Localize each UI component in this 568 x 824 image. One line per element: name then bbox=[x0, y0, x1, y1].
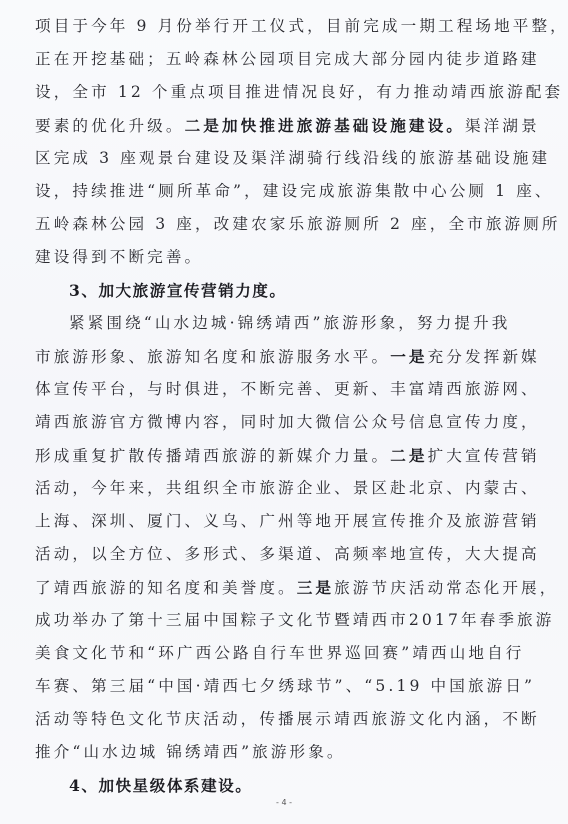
text-plain: 了靖西旅游的知名度和美誉度。 bbox=[35, 579, 297, 597]
text-line: 成功举办了第十三届中国粽子文化节暨靖西市2017年春季旅游 bbox=[35, 604, 513, 637]
text-line: 推介“山水边城 锦绣靖西”旅游形象。 bbox=[35, 736, 513, 769]
page-number: - 4 - bbox=[0, 798, 568, 807]
text-line: 形成重复扩散传播靖西旅游的新媒介力量。二是扩大宣传营销 bbox=[35, 439, 513, 472]
text-line: 活动，以全方位、多形式、多渠道、高频率地宣传，大大提高 bbox=[35, 538, 513, 571]
text-line: 靖西旅游官方微博内容，同时加大微信公众号信息宣传力度， bbox=[35, 406, 513, 439]
text-line: 市旅游形象、旅游知名度和旅游服务水平。一是充分发挥新媒 bbox=[35, 340, 513, 373]
text-line: 项目于今年 9 月份举行开工仪式，目前完成一期工程场地平整， bbox=[35, 10, 513, 43]
text-line: 五岭森林公园 3 座，改建农家乐旅游厕所 2 座，全市旅游厕所 bbox=[35, 208, 513, 241]
text-bold: 二是 bbox=[390, 446, 427, 465]
text-line: 体宣传平台，与时俱进，不断完善、更新、丰富靖西旅游网、 bbox=[35, 373, 513, 406]
text-line: 紧紧围绕“山水边城·锦绣靖西”旅游形象，努力提升我 bbox=[35, 307, 513, 340]
text-plain: 渠洋湖景 bbox=[465, 117, 540, 135]
text-line: 正在开挖基础；五岭森林公园项目完成大部分园内徒步道路建 bbox=[35, 43, 513, 76]
text-line: 区完成 3 座观景台建设及渠洋湖骑行线沿线的旅游基础设施建 bbox=[35, 142, 513, 175]
text-line: 活动等特色文化节庆活动，传播展示靖西旅游文化内涵，不断 bbox=[35, 703, 513, 736]
text-line: 设，全市 12 个重点项目推进情况良好，有力推动靖西旅游配套 bbox=[35, 76, 513, 109]
text-bold: 二是加快推进旅游基础设施建设。 bbox=[185, 116, 465, 135]
text-line: 活动，今年来，共组织全市旅游企业、景区赴北京、内蒙古、 bbox=[35, 472, 513, 505]
document-body: 项目于今年 9 月份举行开工仪式，目前完成一期工程场地平整， 正在开挖基础；五岭… bbox=[35, 10, 513, 802]
text-line: 了靖西旅游的知名度和美誉度。三是旅游节庆活动常态化开展， bbox=[35, 571, 513, 604]
text-plain: 扩大宣传营销 bbox=[428, 447, 540, 465]
text-plain: 充分发挥新媒 bbox=[428, 348, 540, 366]
text-line: 车赛、第三届“中国·靖西七夕绣球节”、“5.19 中国旅游日” bbox=[35, 670, 513, 703]
text-plain: 市旅游形象、旅游知名度和旅游服务水平。 bbox=[35, 348, 390, 366]
section-heading-3: 3、加大旅游宣传营销力度。 bbox=[35, 274, 513, 307]
text-line: 设，持续推进“厕所革命”，建设完成旅游集散中心公厕 1 座、 bbox=[35, 175, 513, 208]
text-plain: 旅游节庆活动常态化开展， bbox=[334, 579, 558, 597]
text-line: 美食文化节和“环广西公路自行车世界巡回赛”靖西山地自行 bbox=[35, 637, 513, 670]
text-line: 要素的优化升级。二是加快推进旅游基础设施建设。渠洋湖景 bbox=[35, 109, 513, 142]
text-line: 上海、深圳、厦门、义乌、广州等地开展宣传推介及旅游营销 bbox=[35, 505, 513, 538]
text-plain: 要素的优化升级。 bbox=[35, 117, 185, 135]
text-bold: 三是 bbox=[297, 578, 334, 597]
text-bold: 一是 bbox=[390, 347, 427, 366]
document-page: 项目于今年 9 月份举行开工仪式，目前完成一期工程场地平整， 正在开挖基础；五岭… bbox=[0, 0, 568, 824]
text-plain: 形成重复扩散传播靖西旅游的新媒介力量。 bbox=[35, 447, 390, 465]
text-line: 建设得到不断完善。 bbox=[35, 241, 513, 274]
